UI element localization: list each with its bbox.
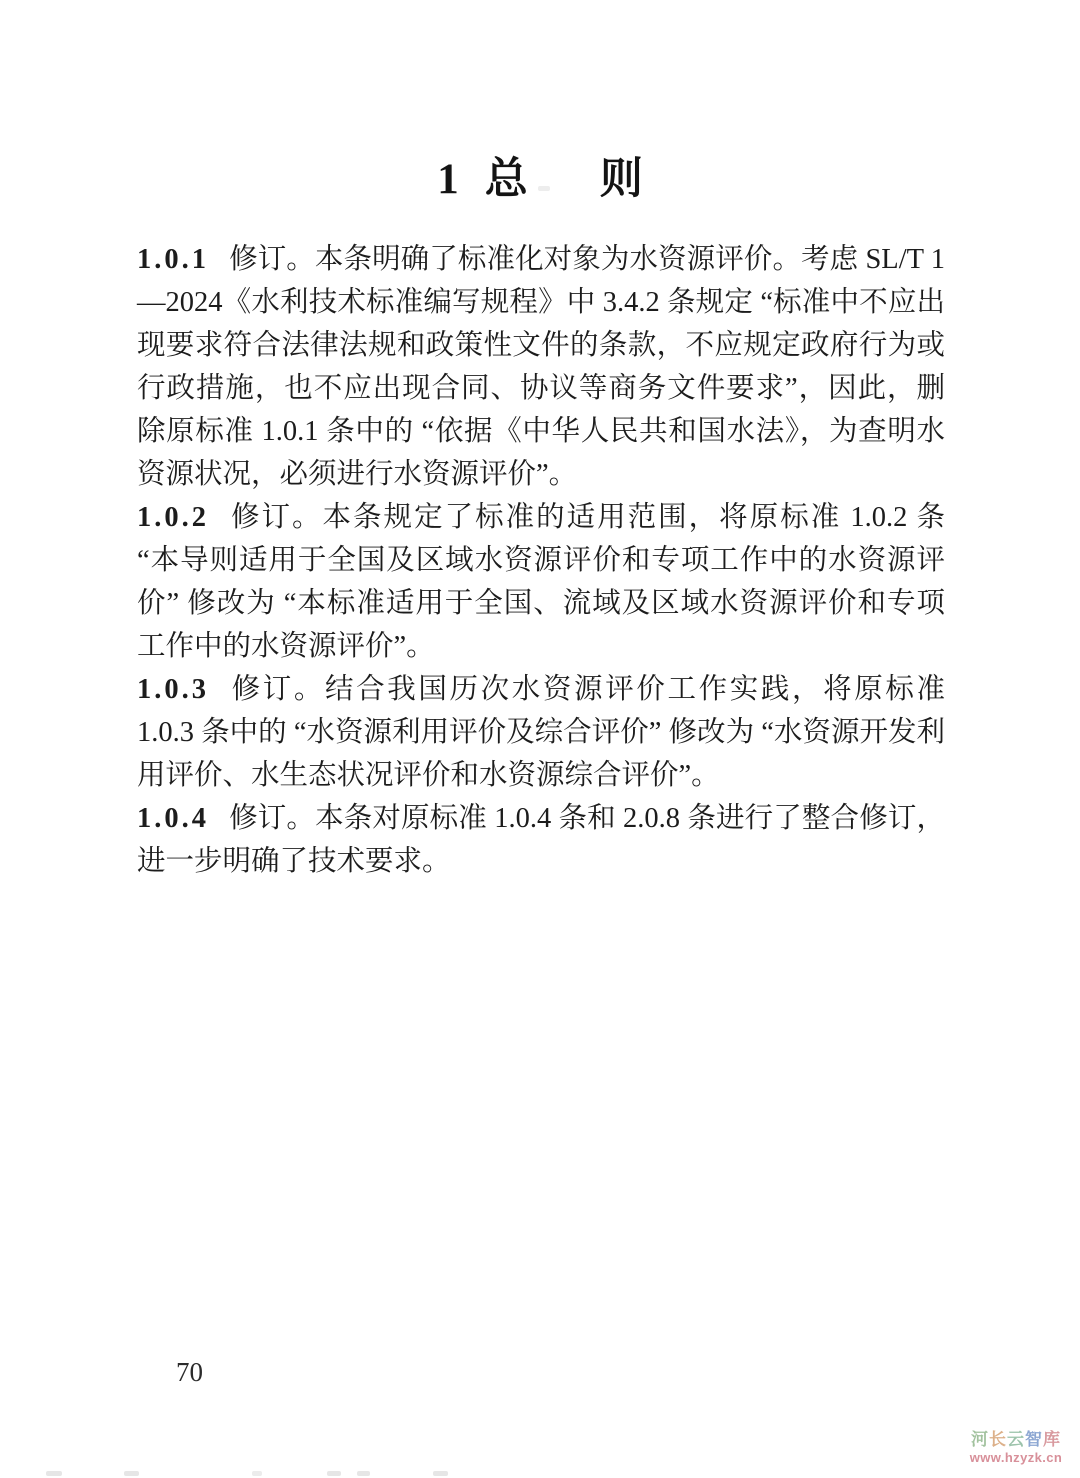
scan-artifact	[46, 1471, 62, 1476]
clause-text: 修订。本条对原标准 1.0.4 条和 2.0.8 条进行了整合修订，进一步明确了…	[137, 803, 945, 877]
scan-artifact	[538, 186, 550, 191]
chapter-title-char-2: 则	[600, 156, 643, 203]
document-page: 1总则 1.0.1修订。本条明确了标准化对象为水资源评价。考虑 SL/T 1—2…	[0, 0, 1080, 1478]
clause-text: 修订。本条明确了标准化对象为水资源评价。考虑 SL/T 1—2024《水利技术标…	[137, 244, 945, 490]
watermark-char: 库	[1043, 1430, 1061, 1449]
watermark-char: 云	[1007, 1430, 1025, 1449]
scan-artifact	[327, 1471, 341, 1476]
watermark-char: 智	[1025, 1430, 1043, 1449]
watermark-text: 河长云智库	[966, 1431, 1066, 1450]
scan-artifact	[252, 1471, 262, 1476]
scan-artifact	[433, 1471, 448, 1476]
watermark-url: www.hzyzk.cn	[966, 1451, 1066, 1465]
watermark: 河长云智库 www.hzyzk.cn	[966, 1431, 1066, 1465]
scan-artifact	[357, 1471, 370, 1476]
document-body: 1.0.1修订。本条明确了标准化对象为水资源评价。考虑 SL/T 1—2024《…	[137, 238, 945, 883]
clause-number: 1.0.3	[137, 674, 209, 705]
clause-number: 1.0.1	[137, 244, 209, 275]
paragraph-1-0-3: 1.0.3修订。结合我国历次水资源评价工作实践，将原标准 1.0.3 条中的 “…	[137, 668, 945, 797]
paragraph-1-0-2: 1.0.2修订。本条规定了标准的适用范围，将原标准 1.0.2 条 “本导则适用…	[137, 496, 945, 668]
paragraph-1-0-4: 1.0.4修订。本条对原标准 1.0.4 条和 2.0.8 条进行了整合修订，进…	[137, 797, 945, 883]
page-number: 70	[176, 1357, 203, 1388]
chapter-number: 1	[437, 156, 459, 203]
clause-text: 修订。本条规定了标准的适用范围，将原标准 1.0.2 条 “本导则适用于全国及区…	[137, 502, 945, 662]
paragraph-1-0-1: 1.0.1修订。本条明确了标准化对象为水资源评价。考虑 SL/T 1—2024《…	[137, 238, 945, 496]
clause-text: 修订。结合我国历次水资源评价工作实践，将原标准 1.0.3 条中的 “水资源利用…	[137, 674, 945, 791]
clause-number: 1.0.4	[137, 803, 209, 834]
watermark-char: 河	[971, 1430, 989, 1449]
scan-artifact	[124, 1471, 139, 1476]
chapter-title: 1总则	[0, 145, 1080, 206]
clause-number: 1.0.2	[137, 502, 209, 533]
watermark-char: 长	[989, 1430, 1007, 1449]
chapter-title-char-1: 总	[485, 156, 528, 203]
